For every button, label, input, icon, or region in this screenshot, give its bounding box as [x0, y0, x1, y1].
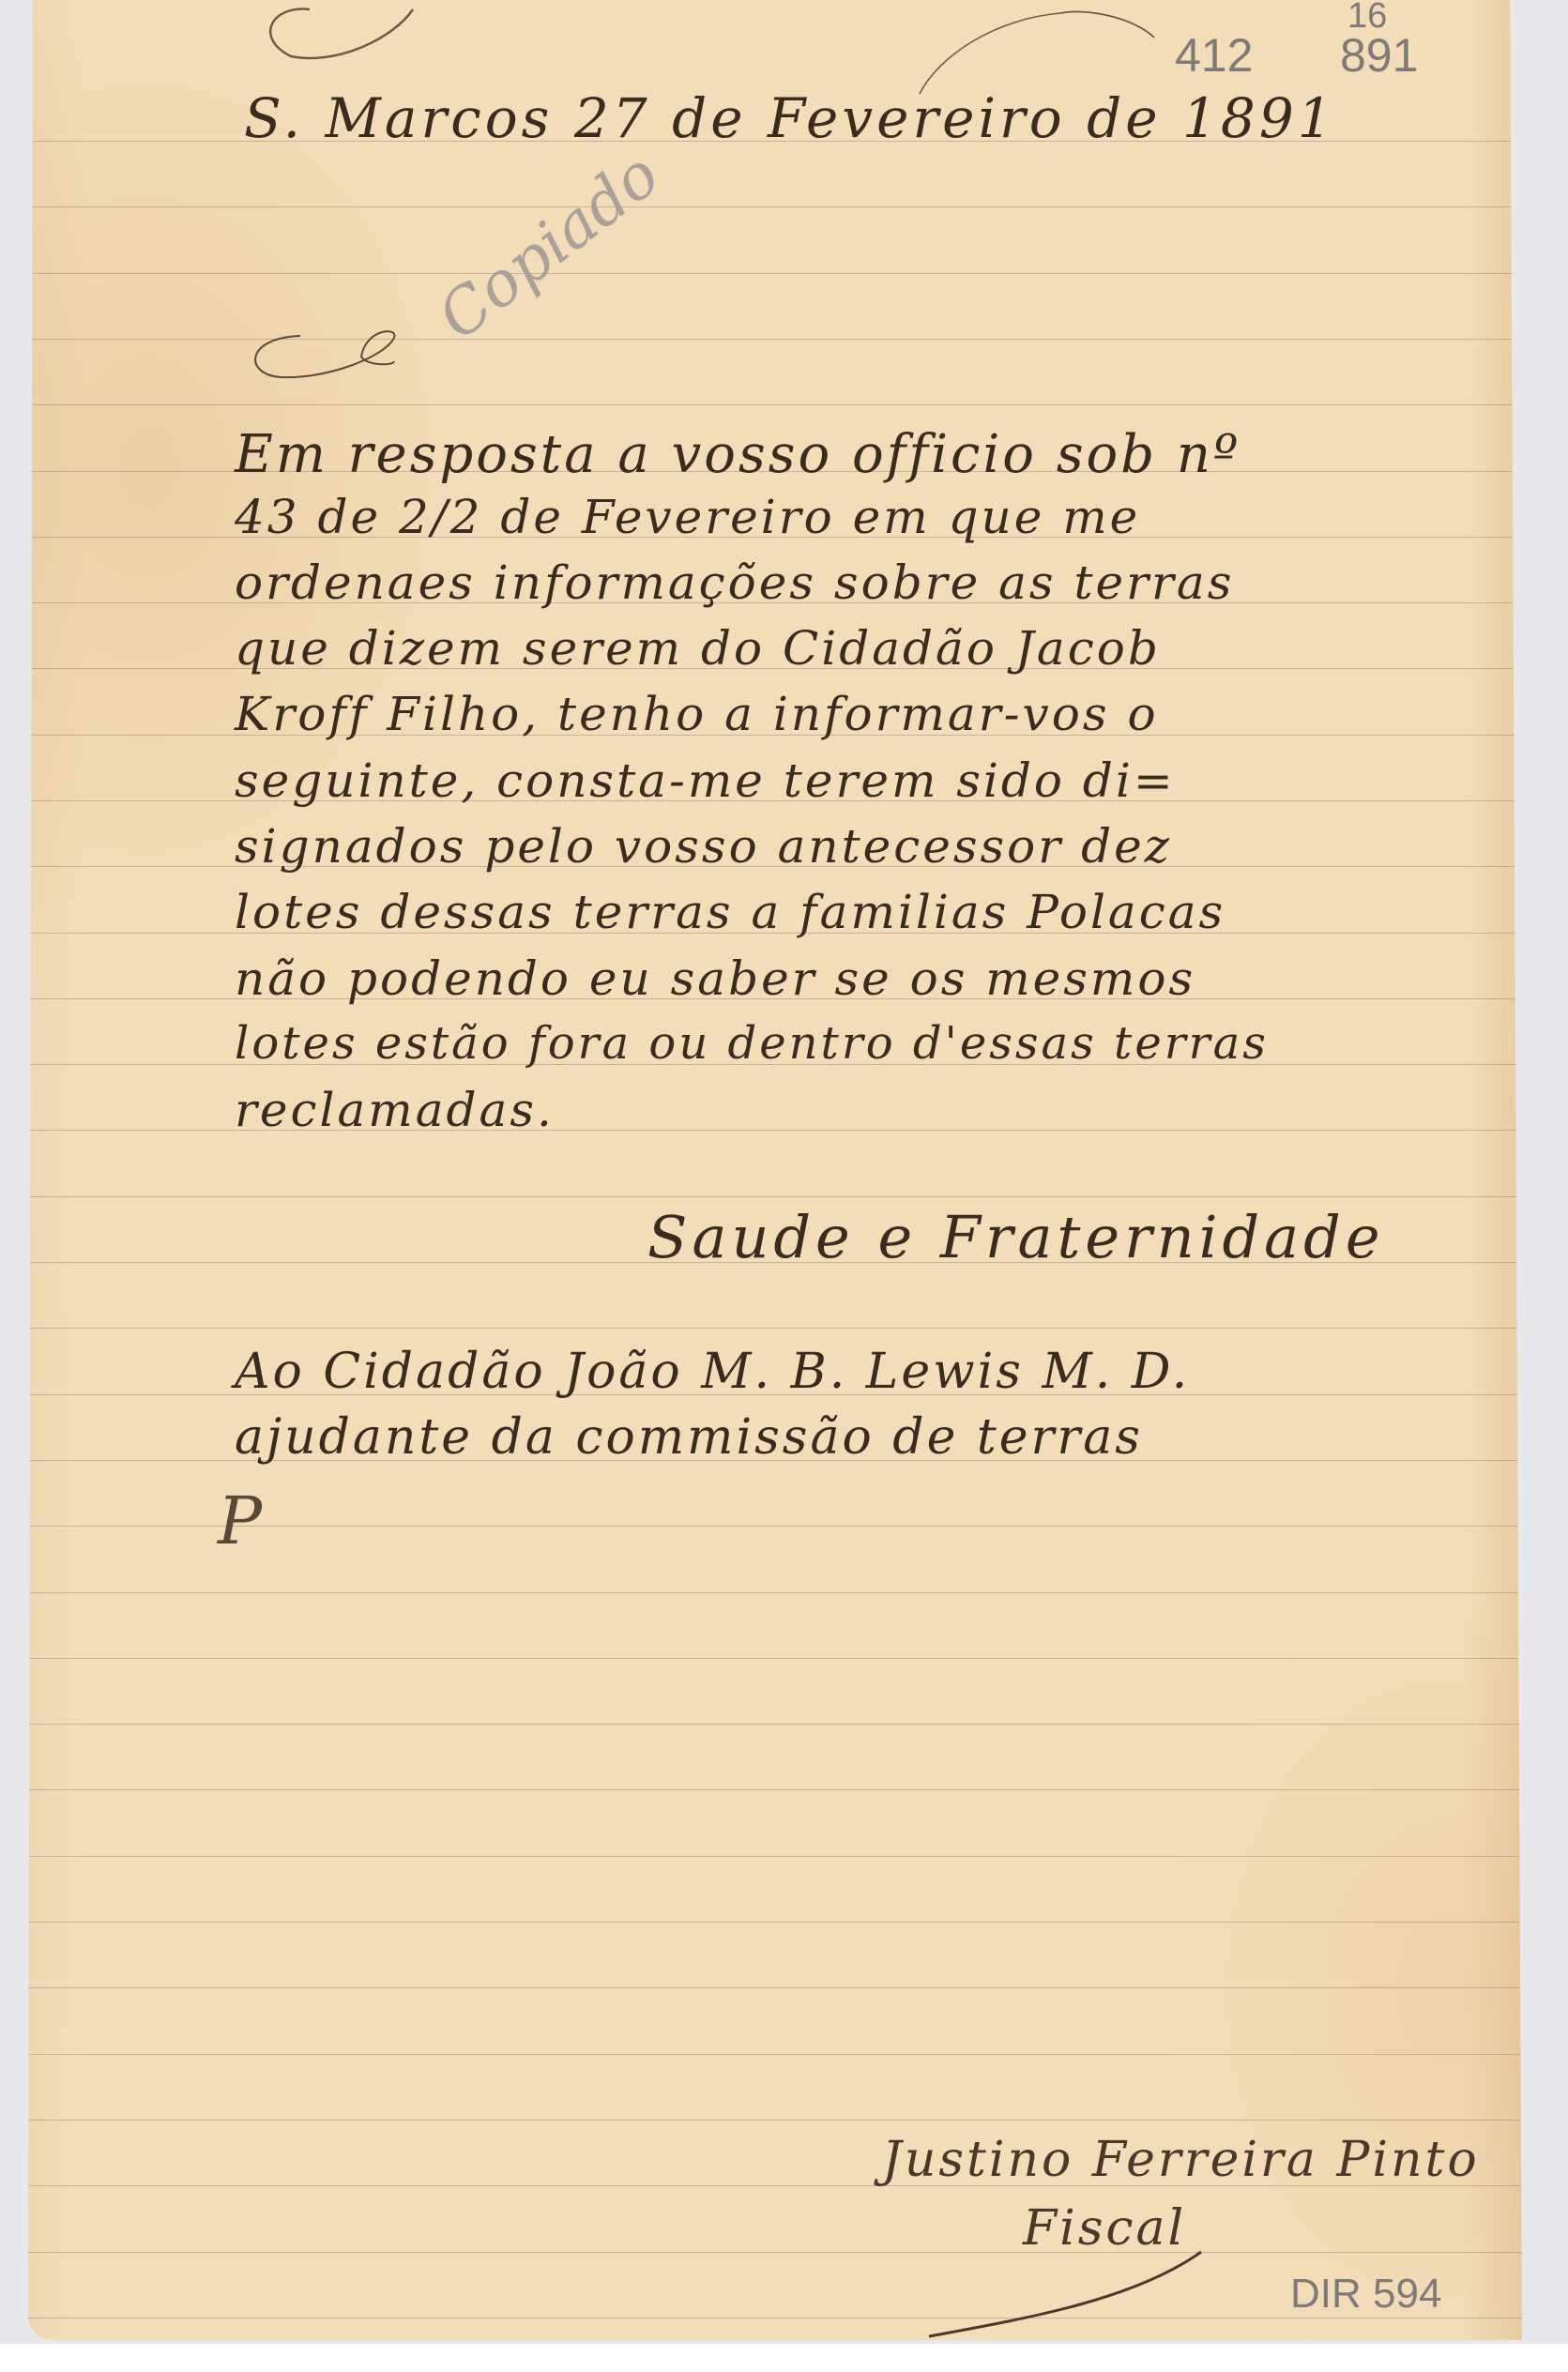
- body-line: reclamadas.: [235, 1083, 555, 1137]
- addressee-line: ajudante da commissão de terras: [235, 1409, 1143, 1466]
- body-line: ordenaes informações sobre as terras: [235, 555, 1234, 610]
- ruled-line: [28, 273, 1522, 274]
- ruled-line: [28, 2318, 1522, 2319]
- ruled-line: [28, 1328, 1522, 1329]
- ruled-line: [28, 1856, 1522, 1857]
- dateline: S. Marcos 27 de Fevereiro de 1891: [244, 86, 1336, 150]
- body-line: seguinte, consta-me terem sido di=: [235, 753, 1176, 808]
- body-line: 43 de 2/2 de Fevereiro em que me: [235, 490, 1140, 544]
- addressee-mark: P: [218, 1482, 265, 1559]
- body-line: que dizem serem do Cidadão Jacob: [235, 621, 1161, 676]
- ruled-line: [28, 2252, 1522, 2253]
- ruled-line: [28, 1724, 1522, 1725]
- ruled-line: [28, 2120, 1522, 2121]
- body-line: não podendo eu saber se os mesmos: [235, 951, 1195, 1006]
- ruled-line: [28, 1592, 1522, 1593]
- body-line: Em resposta a vosso officio sob nº: [235, 424, 1241, 485]
- ruled-line: [28, 1987, 1522, 1988]
- ruled-line: [28, 1922, 1522, 1923]
- signature-name: Justino Ferreira Pinto: [882, 2132, 1480, 2188]
- ruled-line: [28, 1789, 1522, 1790]
- addressee-line: Ao Cidadão João M. B. Lewis M. D.: [235, 1344, 1190, 1400]
- archive-code: DIR 594: [1290, 2271, 1441, 2318]
- body-line: lotes estão fora ou dentro d'essas terra…: [235, 1017, 1269, 1070]
- ruled-line: [28, 206, 1522, 207]
- ruled-line: [28, 2054, 1522, 2055]
- signature-underline-icon: [920, 2233, 1295, 2346]
- body-line: signados pelo vosso antecessor dez: [235, 819, 1172, 874]
- ruled-line: [28, 1658, 1522, 1659]
- closing-salutation: Saude e Fraternidade: [647, 1203, 1385, 1271]
- body-line: lotes dessas terras a familias Polacas: [235, 885, 1225, 939]
- ruled-line: [28, 1196, 1522, 1197]
- body-line: Kroff Filho, tenho a informar-vos o: [235, 687, 1159, 741]
